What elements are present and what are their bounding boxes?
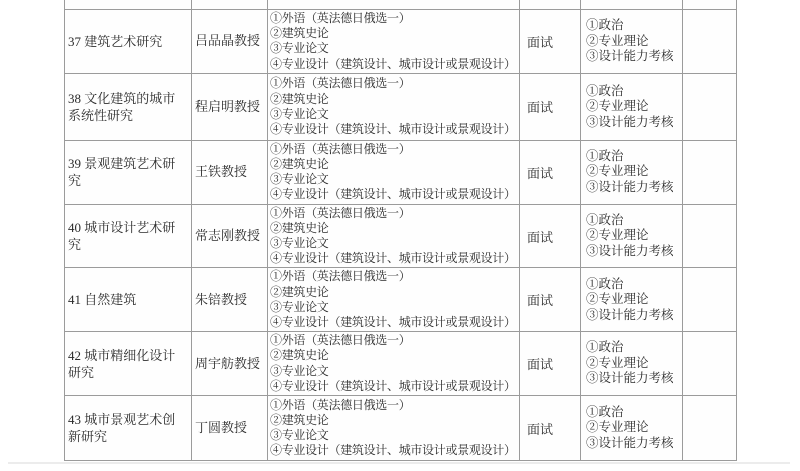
exam-subject-line-4: ④专业设计（建筑设计、城市设计或景观设计） [270,122,518,137]
table-row: 42 城市精细化设计研究 周宇舫教授 ①外语（英法德日俄选一） ②建筑史论 ③专… [65,332,737,396]
supervisor-name: 周宇舫教授 [195,356,260,371]
notes-cell [683,204,737,268]
retest-subject-line-1: ①政治 [586,213,682,229]
retest-subject-line-3: ③设计能力考核 [586,115,682,131]
empty-cell [520,0,581,10]
table-row: 38 文化建筑的城市系统性研究 程启明教授 ①外语（英法德日俄选一） ②建筑史论… [65,73,737,140]
supervisor-name: 王铁教授 [195,164,247,179]
interview-cell: 面试 [520,332,581,396]
empty-cell [268,0,520,10]
interview-cell: 面试 [520,204,581,268]
empty-cell [581,0,683,10]
research-direction-text: 43 城市景观艺术创新研究 [68,412,175,444]
exam-subject-line-2: ②建筑史论 [270,348,518,363]
supervisor-name: 常志刚教授 [195,228,260,243]
supervisor-cell: 吕品晶教授 [192,10,268,74]
research-direction-cell: 39 景观建筑艺术研究 [65,140,192,204]
research-direction-text: 42 城市精细化设计研究 [68,348,175,380]
exam-subject-line-3: ③专业论文 [270,428,518,443]
retest-subject-line-2: ②专业理论 [586,99,682,115]
retest-subjects-cell: ①政治 ②专业理论 ③设计能力考核 [581,396,683,461]
table-row: 43 城市景观艺术创新研究 丁圆教授 ①外语（英法德日俄选一） ②建筑史论 ③专… [65,396,737,461]
catalog-table-body: 37 建筑艺术研究 吕品晶教授 ①外语（英法德日俄选一） ②建筑史论 ③专业论文… [65,0,737,461]
document-page: 37 建筑艺术研究 吕品晶教授 ①外语（英法德日俄选一） ②建筑史论 ③专业论文… [0,0,800,471]
exam-subjects-cell: ①外语（英法德日俄选一） ②建筑史论 ③专业论文 ④专业设计（建筑设计、城市设计… [268,140,520,204]
notes-cell [683,332,737,396]
research-direction-cell: 41 自然建筑 [65,268,192,332]
retest-subjects-cell: ①政治 ②专业理论 ③设计能力考核 [581,332,683,396]
retest-subject-line-3: ③设计能力考核 [586,49,682,65]
exam-subject-line-3: ③专业论文 [270,41,518,56]
exam-subject-line-1: ①外语（英法德日俄选一） [270,398,518,413]
exam-subject-line-3: ③专业论文 [270,172,518,187]
exam-subject-line-4: ④专业设计（建筑设计、城市设计或景观设计） [270,187,518,202]
supervisor-name: 吕品晶教授 [195,33,260,48]
empty-cell [683,0,737,10]
research-direction-text: 39 景观建筑艺术研究 [68,156,175,188]
retest-subject-line-3: ③设计能力考核 [586,244,682,260]
exam-subject-line-2: ②建筑史论 [270,92,518,107]
interview-label: 面试 [527,166,553,181]
research-direction-cell: 37 建筑艺术研究 [65,10,192,74]
exam-subject-line-1: ①外语（英法德日俄选一） [270,11,518,26]
exam-subject-line-2: ②建筑史论 [270,157,518,172]
exam-subject-line-3: ③专业论文 [270,107,518,122]
interview-cell: 面试 [520,268,581,332]
retest-subject-line-2: ②专业理论 [586,164,682,180]
empty-cell [192,0,268,10]
exam-subject-line-3: ③专业论文 [270,364,518,379]
interview-cell: 面试 [520,10,581,74]
supervisor-cell: 常志刚教授 [192,204,268,268]
table-row: 41 自然建筑 朱锫教授 ①外语（英法德日俄选一） ②建筑史论 ③专业论文 ④专… [65,268,737,332]
table-row: 39 景观建筑艺术研究 王铁教授 ①外语（英法德日俄选一） ②建筑史论 ③专业论… [65,140,737,204]
retest-subject-line-2: ②专业理论 [586,228,682,244]
supervisor-name: 丁圆教授 [195,420,247,435]
exam-subject-line-3: ③专业论文 [270,300,518,315]
exam-subject-line-4: ④专业设计（建筑设计、城市设计或景观设计） [270,57,518,72]
supervisor-cell: 朱锫教授 [192,268,268,332]
notes-cell [683,73,737,140]
retest-subjects-cell: ①政治 ②专业理论 ③设计能力考核 [581,268,683,332]
notes-cell [683,268,737,332]
notes-cell [683,10,737,74]
exam-subject-line-2: ②建筑史论 [270,413,518,428]
exam-subjects-cell: ①外语（英法德日俄选一） ②建筑史论 ③专业论文 ④专业设计（建筑设计、城市设计… [268,396,520,461]
interview-label: 面试 [527,422,553,437]
interview-label: 面试 [527,293,553,308]
empty-cell [65,0,192,10]
supervisor-cell: 丁圆教授 [192,396,268,461]
exam-subjects-cell: ①外语（英法德日俄选一） ②建筑史论 ③专业论文 ④专业设计（建筑设计、城市设计… [268,332,520,396]
interview-label: 面试 [527,230,553,245]
retest-subject-line-3: ③设计能力考核 [586,180,682,196]
research-direction-cell: 38 文化建筑的城市系统性研究 [65,73,192,140]
research-direction-text: 41 自然建筑 [68,292,136,307]
cropped-previous-row [65,0,737,10]
retest-subject-line-1: ①政治 [586,149,682,165]
research-direction-cell: 43 城市景观艺术创新研究 [65,396,192,461]
exam-subject-line-4: ④专业设计（建筑设计、城市设计或景观设计） [270,443,518,458]
supervisor-cell: 程启明教授 [192,73,268,140]
research-direction-cell: 42 城市精细化设计研究 [65,332,192,396]
exam-subject-line-4: ④专业设计（建筑设计、城市设计或景观设计） [270,251,518,266]
exam-subjects-cell: ①外语（英法德日俄选一） ②建筑史论 ③专业论文 ④专业设计（建筑设计、城市设计… [268,204,520,268]
supervisor-cell: 周宇舫教授 [192,332,268,396]
exam-subject-line-1: ①外语（英法德日俄选一） [270,76,518,91]
interview-label: 面试 [527,357,553,372]
supervisor-name: 程启明教授 [195,99,260,114]
exam-subject-line-1: ①外语（英法德日俄选一） [270,206,518,221]
retest-subjects-cell: ①政治 ②专业理论 ③设计能力考核 [581,204,683,268]
exam-subject-line-4: ④专业设计（建筑设计、城市设计或景观设计） [270,315,518,330]
retest-subject-line-2: ②专业理论 [586,34,682,50]
retest-subjects-cell: ①政治 ②专业理论 ③设计能力考核 [581,140,683,204]
retest-subject-line-2: ②专业理论 [586,292,682,308]
retest-subjects-cell: ①政治 ②专业理论 ③设计能力考核 [581,73,683,140]
supervisor-cell: 王铁教授 [192,140,268,204]
page-bottom-edge [8,462,790,464]
research-direction-text: 37 建筑艺术研究 [68,34,162,49]
retest-subject-line-1: ①政治 [586,18,682,34]
research-direction-text: 38 文化建筑的城市系统性研究 [68,91,175,123]
interview-cell: 面试 [520,73,581,140]
interview-label: 面试 [527,100,553,115]
exam-subject-line-4: ④专业设计（建筑设计、城市设计或景观设计） [270,379,518,394]
retest-subject-line-1: ①政治 [586,340,682,356]
interview-cell: 面试 [520,140,581,204]
notes-cell [683,140,737,204]
retest-subject-line-2: ②专业理论 [586,420,682,436]
exam-subject-line-2: ②建筑史论 [270,26,518,41]
exam-subjects-cell: ①外语（英法德日俄选一） ②建筑史论 ③专业论文 ④专业设计（建筑设计、城市设计… [268,73,520,140]
interview-label: 面试 [527,35,553,50]
supervisor-name: 朱锫教授 [195,292,247,307]
retest-subject-line-3: ③设计能力考核 [586,436,682,452]
notes-cell [683,396,737,461]
retest-subject-line-1: ①政治 [586,405,682,421]
exam-subject-line-1: ①外语（英法德日俄选一） [270,333,518,348]
retest-subject-line-1: ①政治 [586,84,682,100]
research-direction-cell: 40 城市设计艺术研究 [65,204,192,268]
retest-subject-line-1: ①政治 [586,277,682,293]
retest-subjects-cell: ①政治 ②专业理论 ③设计能力考核 [581,10,683,74]
retest-subject-line-3: ③设计能力考核 [586,371,682,387]
exam-subject-line-1: ①外语（英法德日俄选一） [270,269,518,284]
exam-subject-line-2: ②建筑史论 [270,221,518,236]
admission-catalog-table: 37 建筑艺术研究 吕品晶教授 ①外语（英法德日俄选一） ②建筑史论 ③专业论文… [64,0,737,461]
exam-subjects-cell: ①外语（英法德日俄选一） ②建筑史论 ③专业论文 ④专业设计（建筑设计、城市设计… [268,268,520,332]
table-row: 37 建筑艺术研究 吕品晶教授 ①外语（英法德日俄选一） ②建筑史论 ③专业论文… [65,10,737,74]
interview-cell: 面试 [520,396,581,461]
exam-subjects-cell: ①外语（英法德日俄选一） ②建筑史论 ③专业论文 ④专业设计（建筑设计、城市设计… [268,10,520,74]
retest-subject-line-3: ③设计能力考核 [586,308,682,324]
table-row: 40 城市设计艺术研究 常志刚教授 ①外语（英法德日俄选一） ②建筑史论 ③专业… [65,204,737,268]
exam-subject-line-2: ②建筑史论 [270,285,518,300]
research-direction-text: 40 城市设计艺术研究 [68,220,175,252]
exam-subject-line-1: ①外语（英法德日俄选一） [270,142,518,157]
retest-subject-line-2: ②专业理论 [586,356,682,372]
exam-subject-line-3: ③专业论文 [270,236,518,251]
